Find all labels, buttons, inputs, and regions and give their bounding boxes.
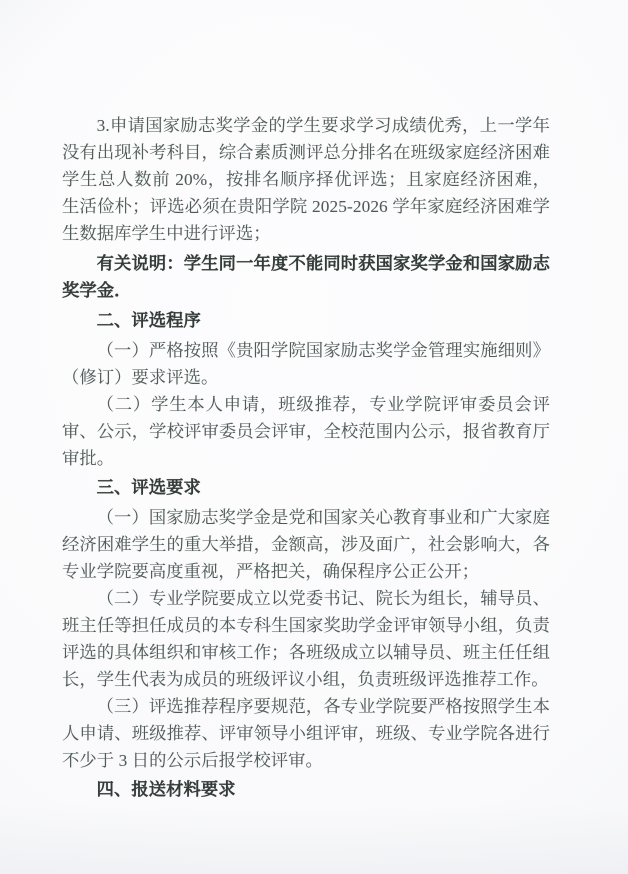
body-paragraph: 3.申请国家励志奖学金的学生要求学习成绩优秀，上一学年没有出现补考科目，综合素质… [62, 112, 550, 247]
section-heading: 二、评选程序 [62, 308, 550, 335]
scan-shadow-bottom [0, 804, 628, 874]
body-paragraph: （一）国家励志奖学金是党和国家关心教育事业和广大家庭经济困难学生的重大举措，金额… [62, 504, 550, 585]
body-paragraph: （二）专业学院要成立以党委书记、院长为组长，辅导员、班主任等担任成员的本专科生国… [62, 585, 550, 693]
section-heading: 四、报送材料要求 [62, 777, 550, 804]
scanned-document-page: 3.申请国家励志奖学金的学生要求学习成绩优秀，上一学年没有出现补考科目，综合素质… [0, 0, 628, 874]
body-paragraph: （三）评选推荐程序要规范，各专业学院要严格按照学生本人申请、班级推荐、评审领导小… [62, 693, 550, 774]
body-paragraph: （一）严格按照《贵阳学院国家励志奖学金管理实施细则》（修订）要求评选。 [62, 337, 550, 391]
section-heading: 三、评选要求 [62, 475, 550, 502]
document-text-block: 3.申请国家励志奖学金的学生要求学习成绩优秀，上一学年没有出现补考科目，综合素质… [62, 112, 550, 806]
body-paragraph: （二）学生本人申请，班级推荐，专业学院评审委员会评审、公示，学校评审委员会评审，… [62, 391, 550, 472]
bold-note-paragraph: 有关说明：学生同一年度不能同时获国家奖学金和国家励志奖学金． [62, 251, 550, 305]
scan-shadow-topleft [0, 0, 160, 100]
